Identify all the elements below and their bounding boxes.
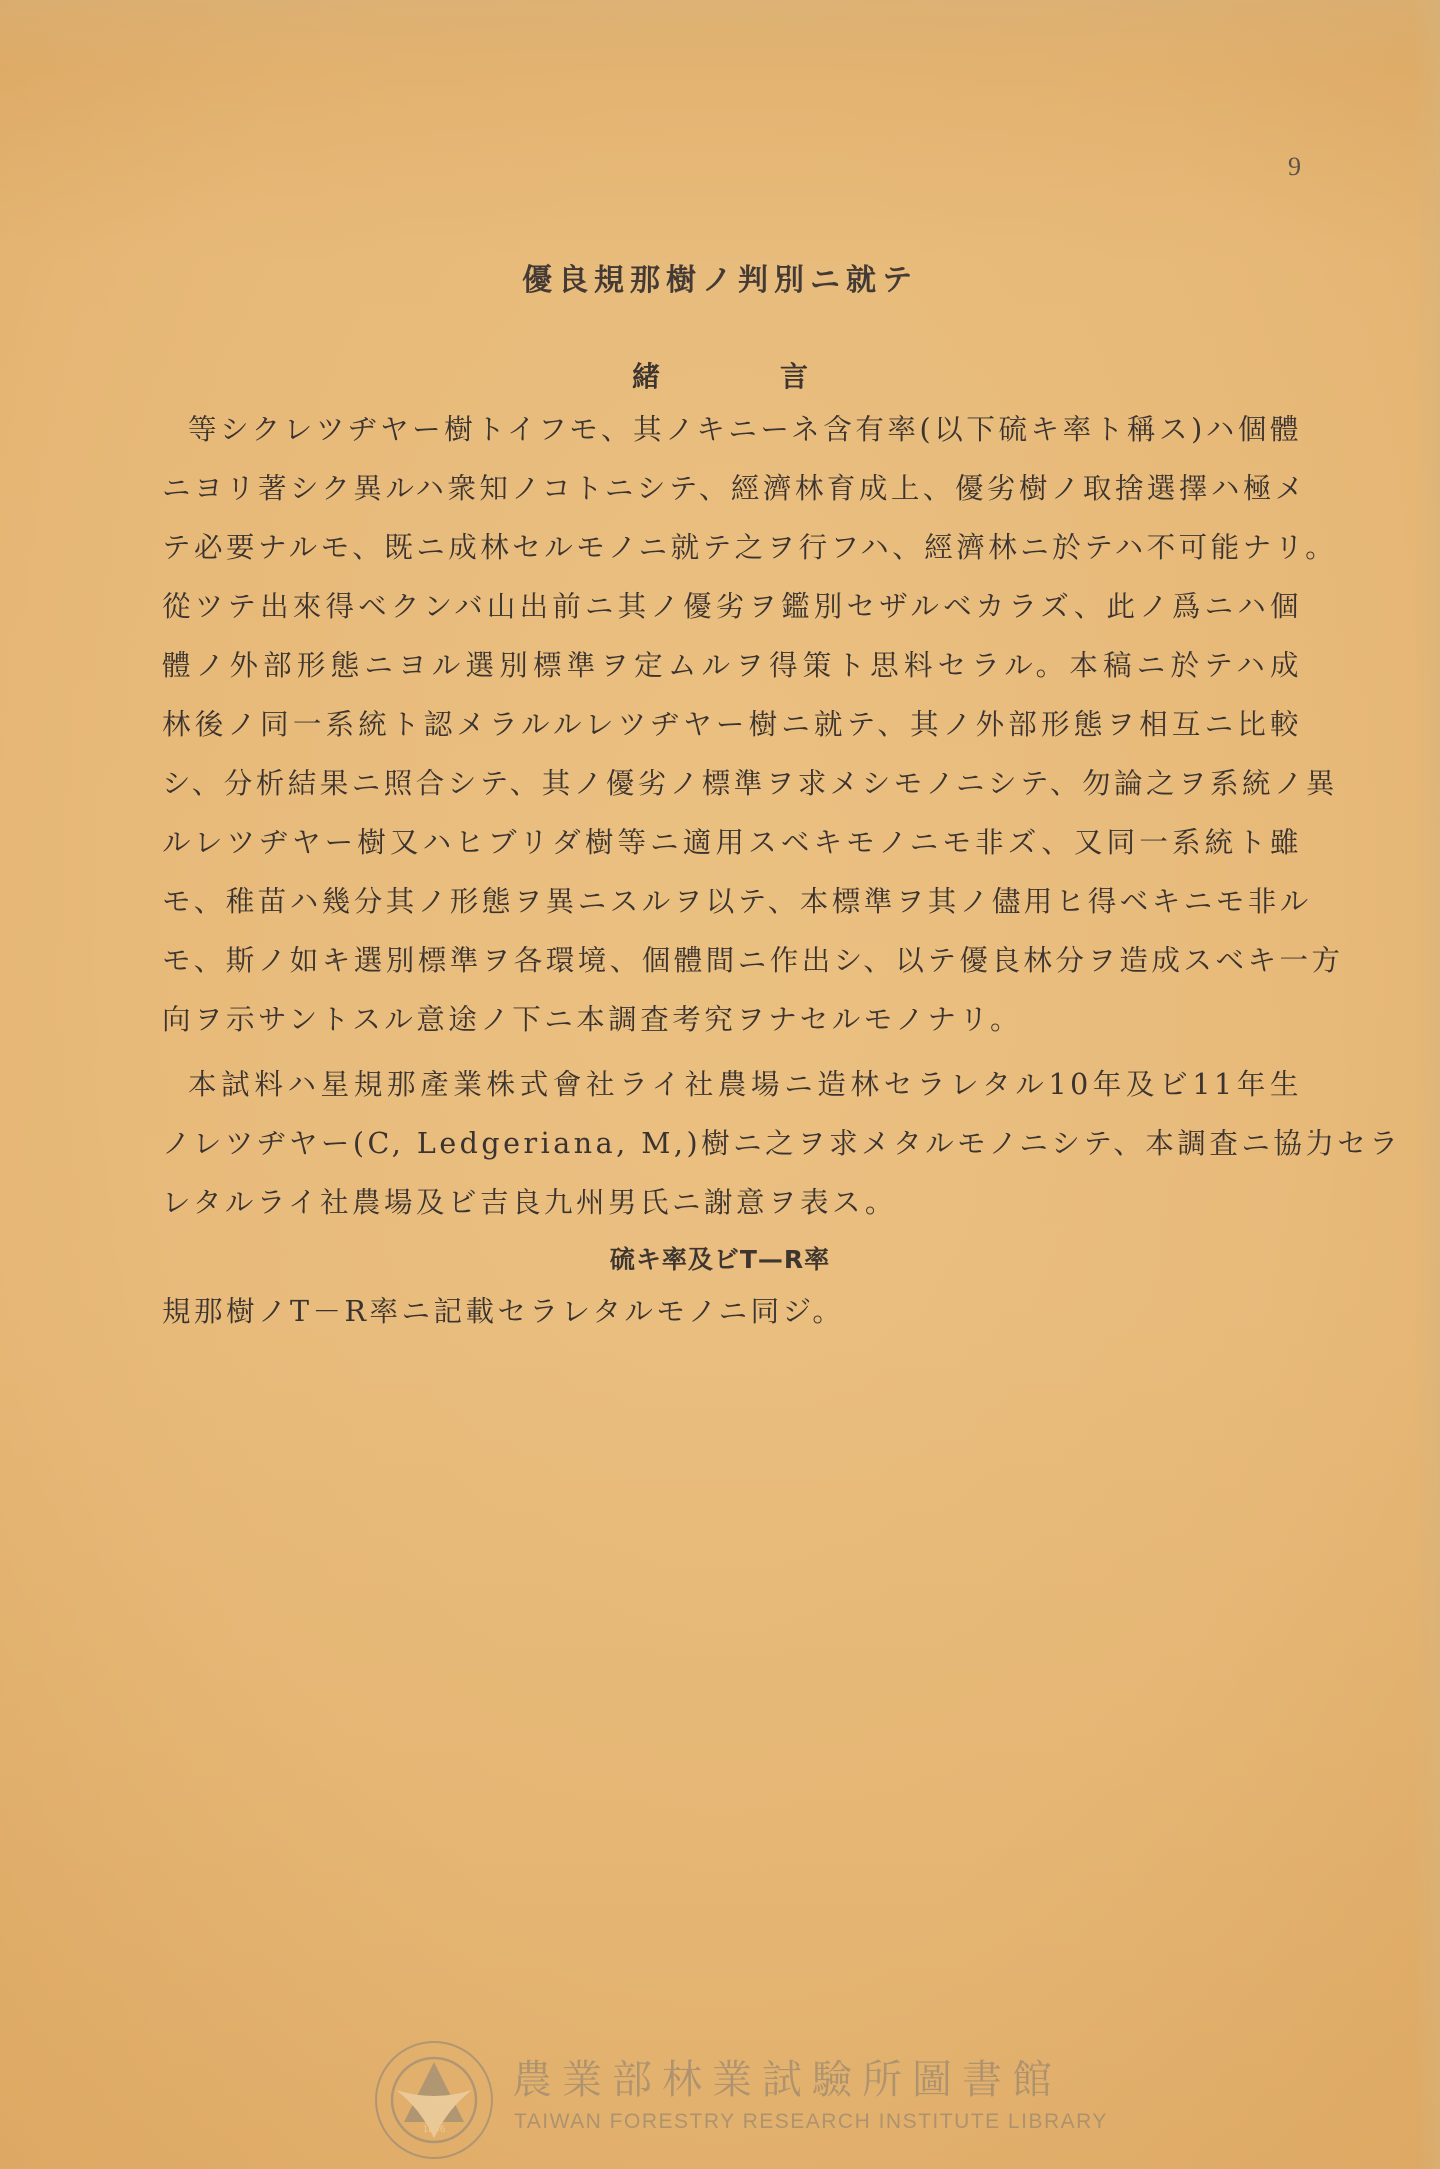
page-number: 9 <box>1288 152 1301 182</box>
text-line: 從ツテ出來得ベクンバ山出前ニ其ノ優劣ヲ鑑別セザルベカラズ、此ノ爲ニハ個 <box>162 577 1302 636</box>
library-watermark: 1896 農業部林業試驗所圖書館 TAIWAN FORESTRY RESEARC… <box>372 2038 1072 2163</box>
paragraph-sulfate-ratio: 規那樹ノT－R率ニ記載セラレタルモノニ同ジ。 <box>162 1282 1302 1341</box>
text-line: 向ヲ示サントスル意途ノ下ニ本調査考究ヲナセルモノナリ。 <box>162 990 1302 1049</box>
section-heading-introduction: 緒言 <box>0 355 1440 395</box>
page-title: 優良規那樹ノ判別ニ就テ <box>0 255 1440 299</box>
text-line: モ、稚苗ハ幾分其ノ形態ヲ異ニスルヲ以テ、本標準ヲ其ノ儘用ヒ得ベキニモ非ル <box>162 872 1302 931</box>
text-line: 規那樹ノT－R率ニ記載セラレタルモノニ同ジ。 <box>162 1282 1302 1341</box>
text-line: ノレツヂヤー(C, Ledgeriana, M,)樹ニ之ヲ求メタルモノニシテ、本… <box>162 1114 1302 1173</box>
paragraph-materials: 本試料ハ星規那產業株式會社ライ社農場ニ造林セラレタル10年及ビ11年生 ノレツヂ… <box>162 1055 1302 1232</box>
svg-text:1896: 1896 <box>423 2125 446 2135</box>
text-line: ニヨリ著シク異ルハ衆知ノコトニシテ、經濟林育成上、優劣樹ノ取捨選擇ハ極メ <box>162 459 1302 518</box>
text-line: レタルライ社農場及ビ吉良九州男氏ニ謝意ヲ表ス。 <box>162 1173 1302 1232</box>
text-line: 本試料ハ星規那產業株式會社ライ社農場ニ造林セラレタル10年及ビ11年生 <box>162 1055 1302 1114</box>
paragraph-introduction: 等シクレツヂヤー樹トイフモ、其ノキニーネ含有率(以下硫キ率ト稱ス)ハ個體 ニヨリ… <box>162 400 1302 1049</box>
paper-top-shading <box>0 0 1440 70</box>
text-line: ルレツヂヤー樹又ハヒブリダ樹等ニ適用スベキモノニモ非ズ、又同一系統ト雖 <box>162 813 1302 872</box>
text-line: シ、分析結果ニ照合シテ、其ノ優劣ノ標準ヲ求メシモノニシテ、勿論之ヲ系統ノ異 <box>162 754 1302 813</box>
ink-speck <box>1310 1130 1313 1133</box>
heading-char-left: 緒 <box>632 360 660 393</box>
text-line: 林後ノ同一系統ト認メラルルレツヂヤー樹ニ就テ、其ノ外部形態ヲ相互ニ比較 <box>162 695 1302 754</box>
institute-logo-icon: 1896 <box>372 2038 496 2162</box>
paper-right-edge <box>1414 0 1440 2169</box>
ink-speck <box>333 958 337 963</box>
library-name-english: TAIWAN FORESTRY RESEARCH INSTITUTE LIBRA… <box>514 2110 1108 2134</box>
text-line: 體ノ外部形態ニヨル選別標準ヲ定ムルヲ得策ト思料セラル。本稿ニ於テハ成 <box>162 636 1302 695</box>
library-name-chinese: 農業部林業試驗所圖書館 <box>512 2048 1062 2105</box>
heading-char-right: 言 <box>780 360 808 393</box>
section-heading-sulfate-ratio: 硫キ率及ビT—R率 <box>0 1240 1440 1276</box>
text-line: テ必要ナルモ、既ニ成林セルモノニ就テ之ヲ行フハ、經濟林ニ於テハ不可能ナリ。 <box>162 518 1302 577</box>
text-line: 等シクレツヂヤー樹トイフモ、其ノキニーネ含有率(以下硫キ率ト稱ス)ハ個體 <box>162 400 1302 459</box>
